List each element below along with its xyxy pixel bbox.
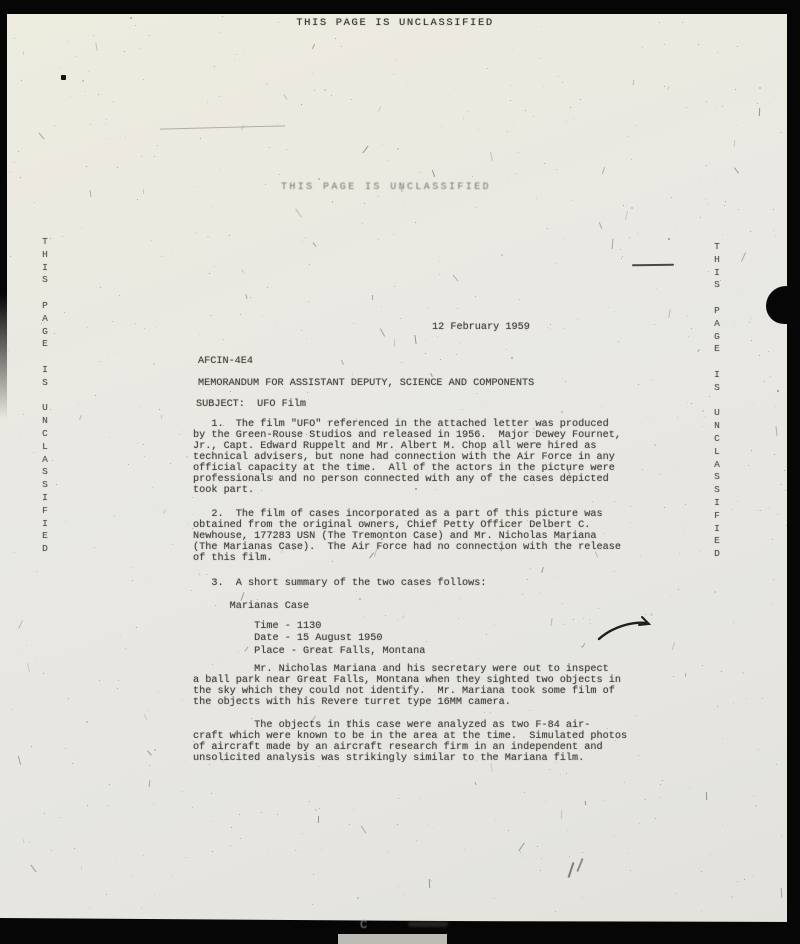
- case-heading: Marianas Case: [193, 601, 309, 612]
- footer-gray-patch: [338, 934, 447, 944]
- paragraph-1: 1. The film "UFO" referenced in the atta…: [193, 419, 621, 496]
- memo-subject-line: SUBJECT: UFO Film: [196, 399, 306, 410]
- scan-edge-blob: [766, 286, 800, 324]
- scratch-artifact: [160, 125, 285, 129]
- pen-checkmark-artifact: [595, 608, 661, 653]
- case-details: Time - 1130 Date - 15 August 1950 Place …: [193, 621, 425, 658]
- pencil-dash-artifact: [632, 264, 674, 266]
- slash-artifact: [576, 858, 583, 872]
- footer-smudge: [408, 921, 448, 927]
- scan-border-top: [0, 0, 800, 14]
- scan-border-left: [0, 0, 7, 420]
- slash-artifact: [568, 862, 575, 878]
- scanned-document-page: THIS PAGE IS UNCLASSIFIED THIS PAGE IS U…: [0, 0, 800, 944]
- paragraph-5: The objects in this case were analyzed a…: [193, 720, 627, 764]
- classification-stamp-right-margin: T H I S P A G E I S U N C L A S S I F I …: [709, 241, 725, 561]
- ink-spot-artifact: [61, 75, 66, 80]
- memo-date: 12 February 1959: [432, 322, 530, 333]
- paragraph-4: Mr. Nicholas Mariana and his secretary w…: [193, 664, 621, 708]
- classification-banner-top: THIS PAGE IS UNCLASSIFIED: [0, 17, 790, 29]
- classification-stamp-left-margin: T H I S P A G E I S U N C L A S S I F I …: [37, 236, 53, 556]
- office-symbol: AFCIN-4E4: [198, 356, 253, 367]
- scan-border-right: [787, 0, 800, 944]
- footer-partial-text: C: [360, 918, 367, 932]
- paragraph-2: 2. The film of cases incorporated as a p…: [193, 509, 621, 564]
- memo-addressee-line: MEMORANDUM FOR ASSISTANT DEPUTY, SCIENCE…: [198, 378, 534, 389]
- classification-banner-middle: THIS PAGE IS UNCLASSIFIED: [0, 182, 772, 193]
- paragraph-3: 3. A short summary of the two cases foll…: [193, 578, 486, 589]
